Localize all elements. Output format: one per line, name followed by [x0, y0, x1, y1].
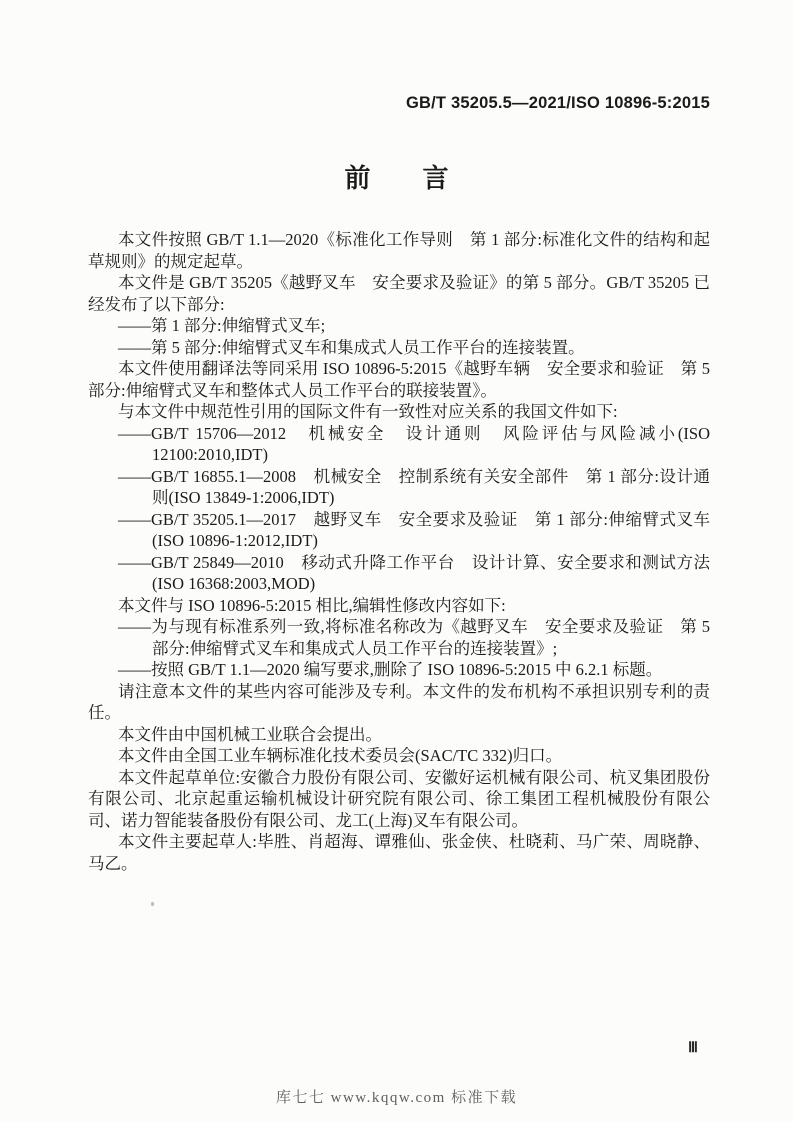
page-title: 前 言 — [0, 158, 793, 195]
page-number: Ⅲ — [688, 1040, 698, 1057]
foreword-paragraph: 本文件由全国工业车辆标准化技术委员会(SAC/TC 332)归口。 — [88, 745, 710, 767]
foreword-paragraph: 本文件使用翻译法等同采用 ISO 10896-5:2015《越野车辆 安全要求和… — [88, 358, 710, 401]
foreword-paragraph: 本文件起草单位:安徽合力股份有限公司、安徽好运机械有限公司、杭叉集团股份有限公司… — [88, 767, 710, 832]
foreword-paragraph: 请注意本文件的某些内容可能涉及专利。本文件的发布机构不承担识别专利的责任。 — [88, 681, 710, 724]
foreword-list-item: ——GB/T 16855.1—2008 机械安全 控制系统有关安全部件 第 1 … — [88, 466, 710, 509]
standard-number: GB/T 35205.5—2021/ISO 10896-5:2015 — [406, 94, 710, 113]
document-page: GB/T 35205.5—2021/ISO 10896-5:2015 前 言 本… — [0, 0, 793, 1122]
foreword-paragraph: 与本文件中规范性引用的国际文件有一致性对应关系的我国文件如下: — [88, 401, 710, 423]
foreword-list-item: ——为与现有标准系列一致,将标准名称改为《越野叉车 安全要求及验证 第 5 部分… — [88, 616, 710, 659]
foreword-paragraph: 本文件由中国机械工业联合会提出。 — [88, 724, 710, 746]
foreword-list-item: ——GB/T 15706—2012 机械安全 设计通则 风险评估与风险减小(IS… — [88, 423, 710, 466]
foreword-body: 本文件按照 GB/T 1.1—2020《标准化工作导则 第 1 部分:标准化文件… — [88, 229, 710, 874]
foreword-paragraph: 本文件与 ISO 10896-5:2015 相比,编辑性修改内容如下: — [88, 595, 710, 617]
foreword-paragraph: 本文件按照 GB/T 1.1—2020《标准化工作导则 第 1 部分:标准化文件… — [88, 229, 710, 272]
foreword-list-item: ——第 5 部分:伸缩臂式叉车和集成式人员工作平台的连接装置。 — [88, 337, 710, 359]
foreword-list-item: ——GB/T 35205.1—2017 越野叉车 安全要求及验证 第 1 部分:… — [88, 509, 710, 552]
watermark-footer: 库七七 www.kqqw.com 标准下载 — [0, 1086, 793, 1107]
foreword-paragraph: 本文件主要起草人:毕胜、肖超海、谭雅仙、张金侠、杜晓莉、马广荣、周晓静、马乙。 — [88, 831, 710, 874]
foreword-list-item: ——第 1 部分:伸缩臂式叉车; — [88, 315, 710, 337]
foreword-list-item: ——GB/T 25849—2010 移动式升降工作平台 设计计算、安全要求和测试… — [88, 552, 710, 595]
foreword-paragraph: 本文件是 GB/T 35205《越野叉车 安全要求及验证》的第 5 部分。GB/… — [88, 272, 710, 315]
foreword-list-item: ——按照 GB/T 1.1—2020 编写要求,删除了 ISO 10896-5:… — [88, 659, 710, 681]
scan-artifact — [151, 902, 154, 906]
